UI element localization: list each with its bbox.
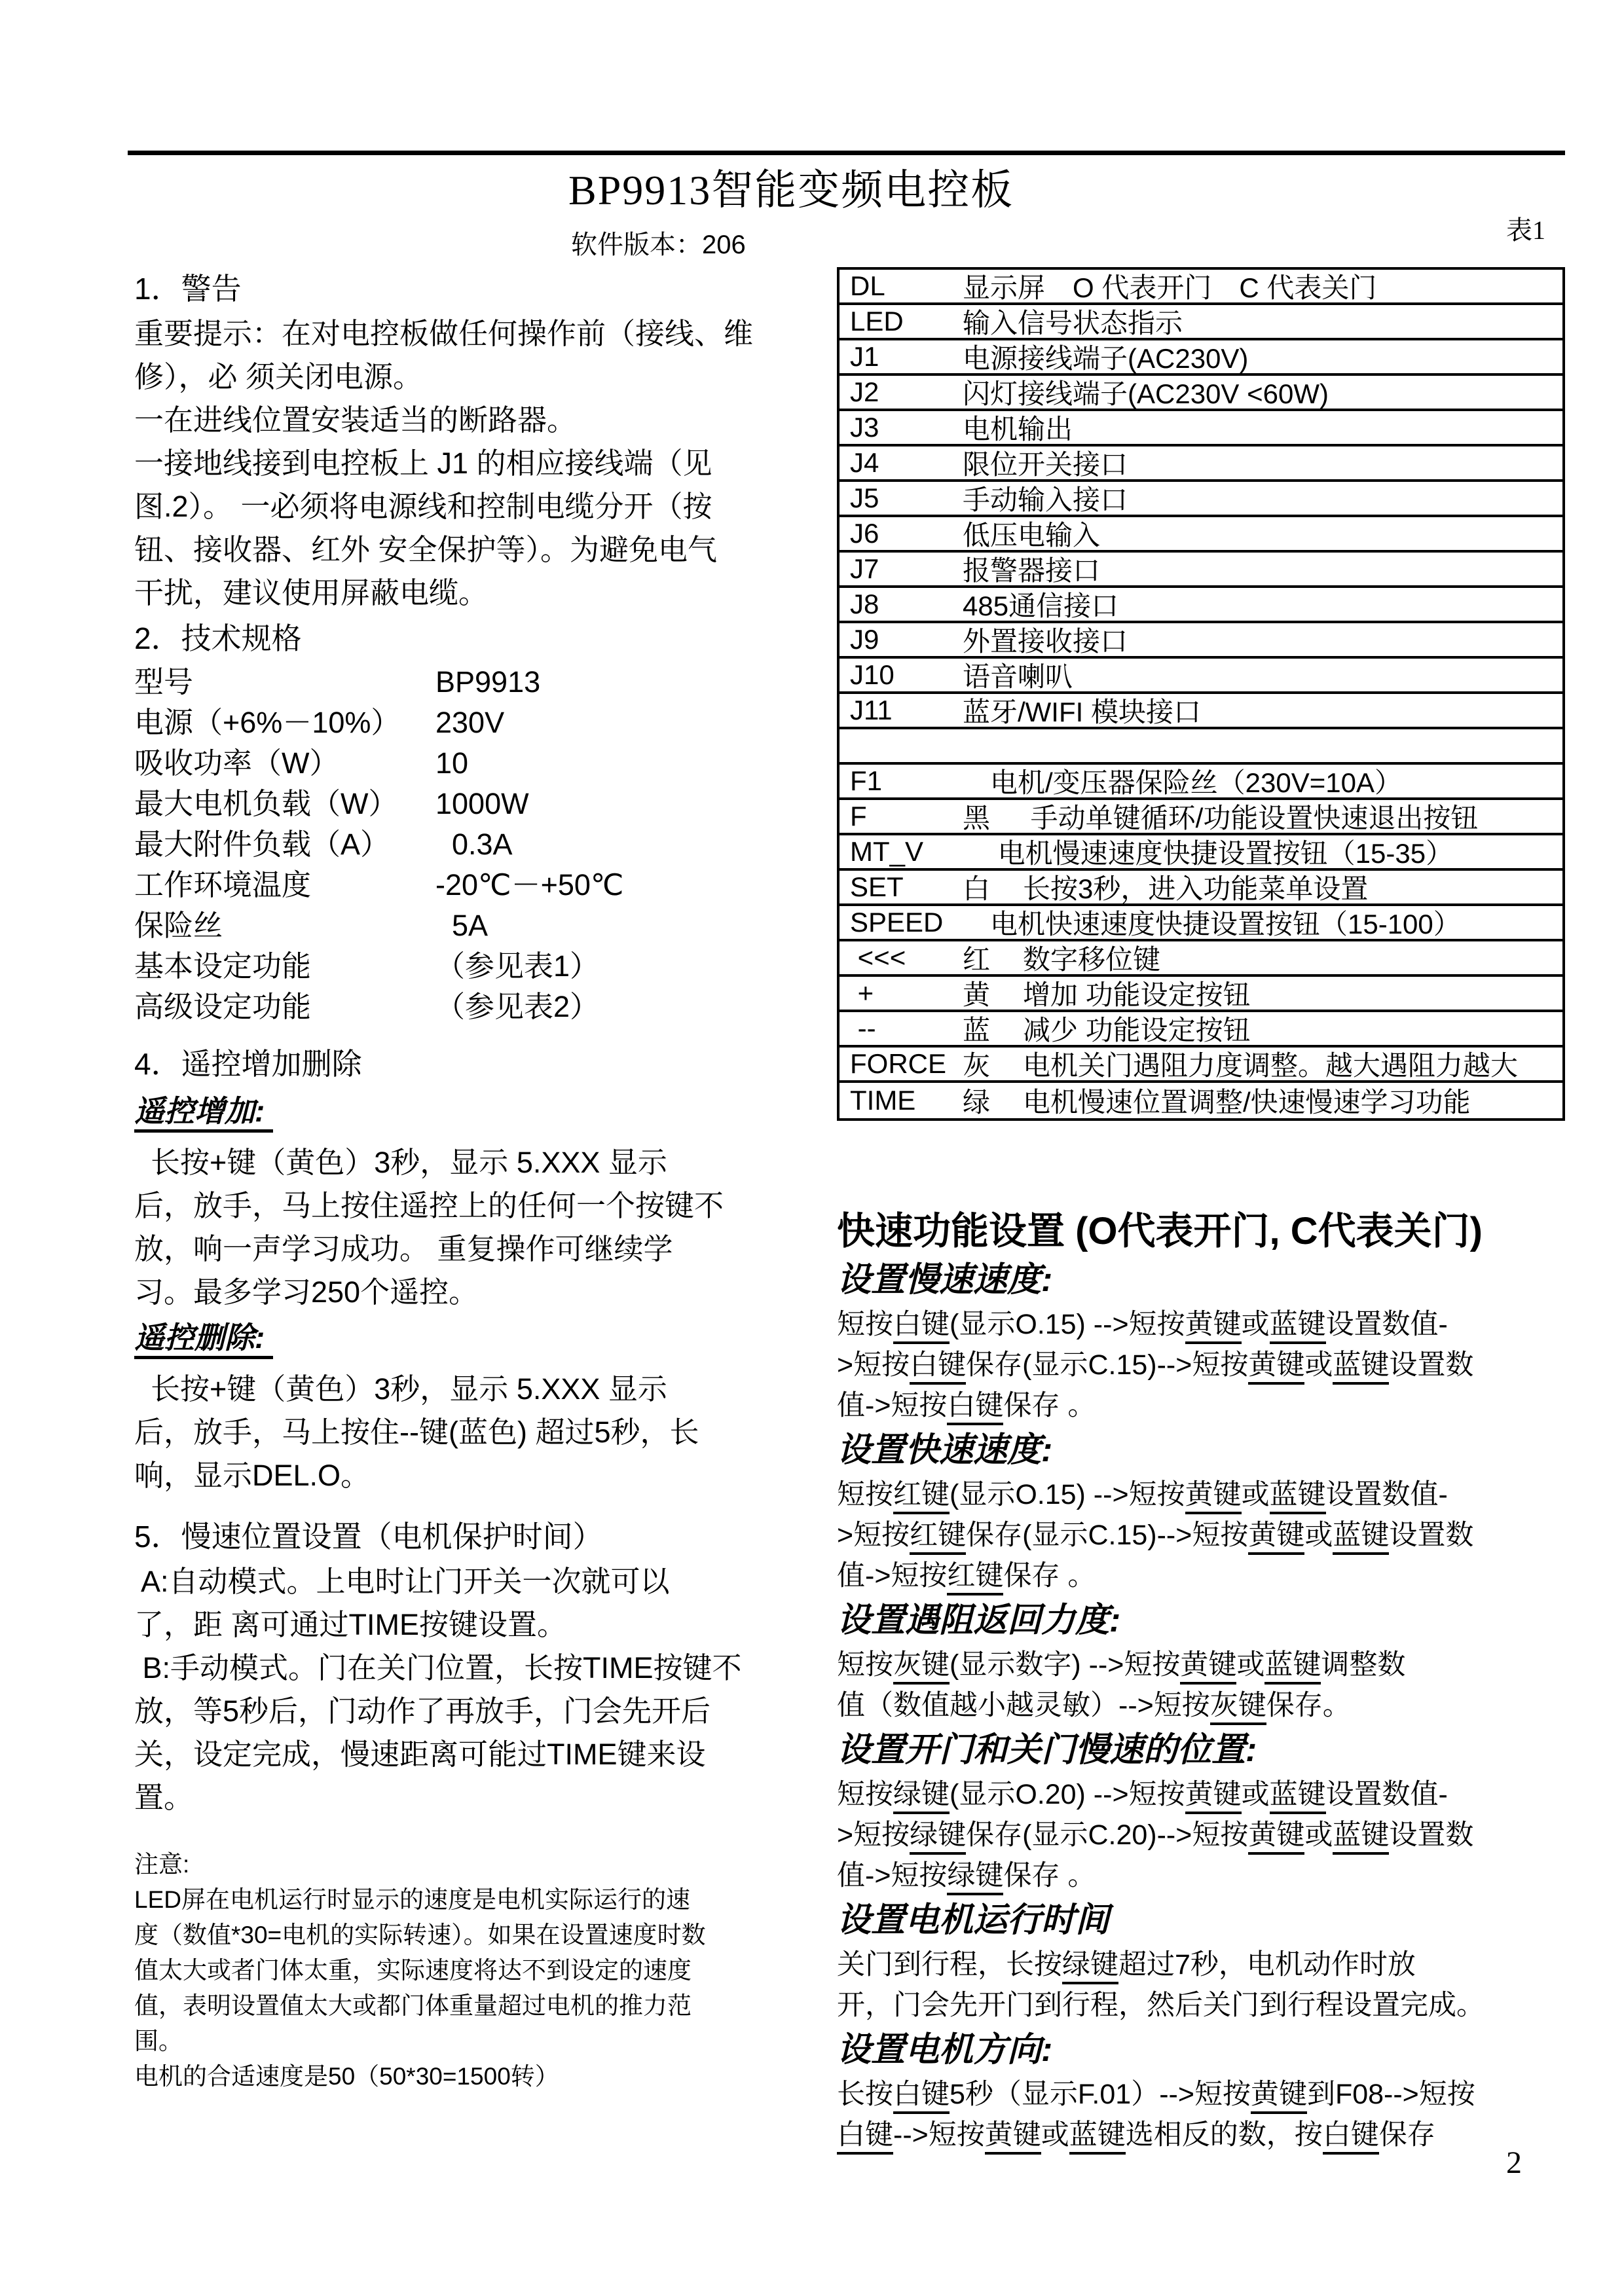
table-row-label: F (840, 801, 963, 832)
table-row-label: J11 (840, 695, 963, 726)
key-name-underlined: 蓝键 (1333, 1819, 1389, 1855)
key-name-underlined: 绿键 (1062, 1949, 1118, 1984)
spec-label: 电源（+6%－10%） (134, 702, 435, 743)
spec-row: 基本设定功能（参见表1） (134, 946, 797, 987)
key-name-underlined: 白键 (893, 1309, 950, 1344)
text-segment: -->短按 (893, 2119, 985, 2151)
text-line: 值->短按绿键保存 。 (837, 1855, 1565, 1896)
right-column: DL显示屏 O 代表开门 C 代表关门LED输入信号状态指示J1电源接线端子(A… (837, 267, 1565, 2155)
text-segment: (显示数字) -->短按 (950, 1649, 1180, 1681)
table-row-label: FORCE (840, 1048, 963, 1080)
text-line: LED屏在电机运行时显示的速度是电机实际运行的速 (134, 1882, 797, 1918)
table-row-color: 红 (963, 938, 1023, 977)
table-row-label: SET (840, 871, 963, 903)
text-segment: 习。最多学习250个遥控。 (134, 1275, 478, 1309)
text-segment: 设置数值- (1326, 1309, 1448, 1340)
text-segment: 或 (1242, 1309, 1270, 1340)
table-row-desc: 电机慢速位置调整/快速慢速学习功能 (1023, 1081, 1562, 1120)
text-segment: 放，响一声学习成功。 重复操作可继续学 (134, 1232, 673, 1266)
table-row-desc: 长按3秒，进入功能菜单设置 (1023, 867, 1562, 907)
quick-section: 设置电机运行时间关门到行程，长按绿键超过7秒，电机动作时放开，门会先开门到行程，… (837, 1896, 1565, 2026)
text-segment: 短按 (837, 1649, 893, 1681)
remote-delete-subheading: 遥控删除: (134, 1315, 797, 1368)
table-row: SPEED 电机快速速度快捷设置按钮（15-100） (840, 906, 1562, 941)
table-row-color: 蓝 (963, 1009, 1023, 1048)
software-version: 软件版本：206 (571, 230, 746, 259)
text-segment: 设置数 (1389, 1520, 1473, 1551)
spec-row: 最大附件负载（A） 0.3A (134, 824, 797, 865)
text-segment: 设置数值- (1326, 1479, 1448, 1510)
text-line: 值->短按红键保存 。 (837, 1556, 1565, 1596)
text-segment: 一在进线位置安装适当的断路器。 (134, 403, 576, 437)
text-line: 习。最多学习250个遥控。 (134, 1271, 797, 1314)
table-row: --蓝减少 功能设定按钮 (840, 1012, 1562, 1048)
text-line: 短按红键(显示O.15) -->短按黄键或蓝键设置数值- (837, 1474, 1565, 1515)
table-row: J11蓝牙/WIFI 模块接口 (840, 694, 1562, 729)
text-segment: 5秒（显示F.01）-->短按 (950, 2079, 1251, 2110)
key-name-underlined: 绿键 (893, 1779, 950, 1814)
text-segment: 放，等5秒后，门动作了再放手，门会先开后 (134, 1694, 710, 1728)
text-segment: 重要提示：在对电控板做任何操作前（接线、维 (134, 317, 753, 350)
table-row-label: J4 (840, 447, 963, 479)
text-line: 长按白键5秒（显示F.01）-->短按黄键到F08-->短按 (837, 2074, 1565, 2115)
key-name-underlined: 白键 (947, 1390, 1003, 1425)
text-segment: 值，表明设置值太大或都门体重量超过电机的推力范 (134, 1992, 692, 2019)
warning-heading: 1．警告 (134, 265, 797, 312)
table-row-label: <<< (840, 942, 963, 974)
text-line: 图.2）。 一必须将电源线和控制电缆分开（按 (134, 485, 797, 528)
text-segment: 或 (1236, 1649, 1264, 1681)
table-row-label: J9 (840, 624, 963, 655)
table-row-color: 黑 (963, 797, 1023, 836)
text-segment: 或 (1041, 2119, 1069, 2151)
key-name-underlined: 绿键 (947, 1860, 1003, 1895)
key-name-underlined: 绿键 (910, 1819, 966, 1855)
quick-section-title: 设置电机运行时间 (837, 1896, 1565, 1944)
table-row-desc: 电机关门遇阻力度调整。越大遇阻力越大 (1023, 1044, 1562, 1084)
table-row-label: -- (840, 1013, 963, 1044)
key-name-underlined: 蓝键 (1069, 2119, 1126, 2155)
text-segment: 干扰，建议使用屏蔽电缆。 (134, 576, 488, 610)
quick-settings-heading: 快速功能设置 (O代表开门, C代表关门) (837, 1207, 1565, 1256)
key-name-underlined: 黄键 (1180, 1649, 1236, 1685)
top-rule (128, 151, 1565, 155)
table-row-label: J6 (840, 518, 963, 549)
text-line: 电机的合适速度是50（50*30=1500转） (134, 2059, 797, 2094)
text-segment: 到F08-->短按 (1307, 2079, 1475, 2110)
table-row-label: SPEED (840, 907, 963, 938)
text-segment: (显示O.20) -->短按 (950, 1779, 1185, 1810)
text-segment: 保存 。 (1003, 1390, 1096, 1421)
text-segment: A:自动模式。上电时让门开关一次就可以 (134, 1565, 670, 1598)
table-row-label: J3 (840, 412, 963, 443)
key-name-underlined: 白键 (1323, 2119, 1379, 2155)
text-segment: 图.2）。 一必须将电源线和控制电缆分开（按 (134, 490, 712, 523)
text-segment: 保存 。 (1003, 1560, 1096, 1592)
table-row: J7报警器接口 (840, 553, 1562, 588)
table-row: LED输入信号状态指示 (840, 305, 1562, 340)
text-line: >短按绿键保存(显示C.20)-->短按黄键或蓝键设置数 (837, 1815, 1565, 1855)
key-name-underlined: 黄键 (1251, 2079, 1307, 2114)
table-row: F1 电机/变压器保险丝（230V=10A） (840, 765, 1562, 800)
table-row-label: J7 (840, 553, 963, 585)
text-segment: 调整数 (1321, 1649, 1405, 1681)
key-name-underlined: 黄键 (1185, 1309, 1242, 1344)
table-row-color: 黄 (963, 974, 1023, 1013)
text-segment: 置。 (134, 1781, 193, 1814)
text-segment: 保存(显示C.15)-->短按 (966, 1520, 1248, 1551)
key-name-underlined: 蓝键 (1270, 1479, 1326, 1514)
table-row-desc: 低压电输入 (963, 514, 1562, 553)
table-row-desc: 减少 功能设定按钮 (1023, 1009, 1562, 1048)
spec-label: 吸收功率（W） (134, 743, 435, 784)
text-line: >短按红键保存(显示C.15)-->短按黄键或蓝键设置数 (837, 1515, 1565, 1556)
left-column: 1．警告 重要提示：在对电控板做任何操作前（接线、维修），必 须关闭电源。一在进… (134, 265, 797, 2094)
table-row: J9外置接收接口 (840, 623, 1562, 659)
table-row: TIME绿电机慢速位置调整/快速慢速学习功能 (840, 1083, 1562, 1118)
spec-value: -20℃－+50℃ (435, 865, 797, 905)
table-row-desc: 增加 功能设定按钮 (1023, 974, 1562, 1013)
text-line: 值->短按白键保存 。 (837, 1385, 1565, 1426)
quick-settings-sections: 设置慢速速度:短按白键(显示O.15) -->短按黄键或蓝键设置数值->短按白键… (837, 1256, 1565, 2155)
text-segment: 长按 (837, 2079, 893, 2110)
table-row-desc: 闪灯接线端子(AC230V <60W) (963, 373, 1562, 412)
text-segment: 设置数值- (1326, 1779, 1448, 1810)
text-segment: 短按 (837, 1309, 893, 1340)
spec-value: 0.3A (435, 824, 797, 865)
table-row-desc: 语音喇叭 (963, 655, 1562, 695)
table-row-desc: 电机输出 (963, 408, 1562, 447)
spec-label: 最大附件负载（A） (134, 824, 435, 865)
spec-row: 电源（+6%－10%）230V (134, 702, 797, 743)
table1: DL显示屏 O 代表开门 C 代表关门LED输入信号状态指示J1电源接线端子(A… (837, 267, 1565, 1121)
text-line: 度（数值*30=电机的实际转速）。如果在设置速度时数 (134, 1918, 797, 1953)
table-row: J8485通信接口 (840, 588, 1562, 623)
table-row: J1电源接线端子(AC230V) (840, 340, 1562, 376)
page-number: 2 (1506, 2146, 1522, 2180)
spec-label: 工作环境温度 (134, 865, 435, 905)
table-row: J10语音喇叭 (840, 659, 1562, 694)
text-line: B:手动模式。门在关门位置，长按TIME按键不 (134, 1647, 797, 1690)
text-segment: 保存(显示C.15)-->短按 (966, 1349, 1248, 1381)
table-row-desc: 外置接收接口 (963, 620, 1562, 659)
text-line: 关，设定完成，慢速距离可能过TIME键来设 (134, 1733, 797, 1776)
table-row-label: LED (840, 306, 963, 337)
spec-label: 最大电机负载（W） (134, 784, 435, 824)
key-name-underlined: 红键 (947, 1560, 1003, 1595)
table-row: SET白长按3秒，进入功能菜单设置 (840, 871, 1562, 906)
text-line: 长按+键（黄色）3秒，显示 5.XXX 显示 (134, 1368, 797, 1411)
text-line: 白键-->短按黄键或蓝键选相反的数，按白键保存 (837, 2115, 1565, 2155)
spec-label: 型号 (134, 662, 435, 702)
text-segment: 关门到行程，长按 (837, 1949, 1062, 1980)
table-row: J3电机输出 (840, 411, 1562, 446)
table-row-desc: 手动输入接口 (963, 479, 1562, 518)
text-segment: 后，放手，马上按住--键(蓝色) 超过5秒，长 (134, 1415, 699, 1449)
table-row-label: MT_V (840, 836, 963, 867)
text-segment: 电机的合适速度是50（50*30=1500转） (134, 2063, 559, 2090)
key-name-underlined: 蓝键 (1264, 1649, 1321, 1685)
table-row: DL显示屏 O 代表开门 C 代表关门 (840, 270, 1562, 305)
text-segment: 或 (1242, 1779, 1270, 1810)
warning-body: 重要提示：在对电控板做任何操作前（接线、维修），必 须关闭电源。一在进线位置安装… (134, 312, 797, 615)
table-row: J4限位开关接口 (840, 446, 1562, 482)
text-segment: 钮、接收器、红外 安全保护等）。为避免电气 (134, 533, 717, 566)
table-row-label: J2 (840, 376, 963, 408)
text-line: 后，放手，马上按住遥控上的任何一个按键不 (134, 1184, 797, 1228)
table-row-desc: 显示屏 O 代表开门 C 代表关门 (963, 266, 1562, 306)
text-segment: 值->短按 (837, 1860, 947, 1891)
table-row-label: J10 (840, 659, 963, 691)
remote-add-subheading-text: 遥控增加: (134, 1094, 273, 1133)
key-name-underlined: 红键 (893, 1479, 950, 1514)
text-segment: 围。 (134, 2028, 183, 2054)
text-segment: 短按 (837, 1779, 893, 1810)
table-row: MT_V 电机慢速速度快捷设置按钮（15-35） (840, 835, 1562, 871)
text-line: 长按+键（黄色）3秒，显示 5.XXX 显示 (134, 1141, 797, 1184)
text-line: A:自动模式。上电时让门开关一次就可以 (134, 1560, 797, 1603)
spec-label: 基本设定功能 (134, 946, 435, 987)
spec-value: 230V (435, 702, 797, 743)
quick-section: 设置遇阻返回力度:短按灰键(显示数字) -->短按黄键或蓝键调整数值（数值越小越… (837, 1596, 1565, 1726)
table-row-desc: 报警器接口 (963, 549, 1562, 589)
text-line: 响，显示DEL.O。 (134, 1454, 797, 1497)
key-name-underlined: 白键 (910, 1349, 966, 1385)
text-segment: 响，显示DEL.O。 (134, 1459, 370, 1492)
table-row: J2闪灯接线端子(AC230V <60W) (840, 376, 1562, 411)
spec-row: 最大电机负载（W）1000W (134, 784, 797, 824)
quick-section-title: 设置快速速度: (837, 1426, 1565, 1474)
text-segment: 保存。 (1266, 1690, 1351, 1721)
table-row-desc: 限位开关接口 (963, 443, 1562, 483)
table-row-desc: 电机慢速速度快捷设置按钮（15-35） (963, 832, 1562, 871)
text-segment: 关，设定完成，慢速距离可能过TIME键来设 (134, 1738, 706, 1771)
text-segment: B:手动模式。门在关门位置，长按TIME按键不 (134, 1651, 742, 1685)
key-name-underlined: 白键 (837, 2119, 893, 2155)
table-row (840, 729, 1562, 765)
text-segment: 选相反的数，按 (1126, 2119, 1323, 2151)
key-name-underlined: 黄键 (1248, 1349, 1304, 1385)
spec-row: 型号BP9913 (134, 662, 797, 702)
text-segment: >短按 (837, 1349, 910, 1381)
spec-row: 保险丝 5A (134, 905, 797, 946)
key-name-underlined: 黄键 (1248, 1819, 1304, 1855)
table1-label: 表1 (1506, 216, 1545, 245)
text-segment: 值->短按 (837, 1390, 947, 1421)
spec-value: 10 (435, 743, 797, 784)
text-segment: 设置数 (1389, 1819, 1473, 1851)
table-row-color: 白 (963, 867, 1023, 907)
remote-delete-subheading-text: 遥控删除: (134, 1321, 273, 1359)
text-segment: 短按 (837, 1479, 893, 1510)
text-segment: (显示O.15) -->短按 (950, 1479, 1185, 1510)
quick-section-title: 设置开门和关门慢速的位置: (837, 1726, 1565, 1774)
table-row-color: 绿 (963, 1081, 1023, 1120)
remote-add-subheading: 遥控增加: (134, 1089, 797, 1141)
text-segment: >短按 (837, 1819, 910, 1851)
spec-row: 工作环境温度-20℃－+50℃ (134, 865, 797, 905)
text-segment: 开，门会先开门到行程，然后关门到行程设置完成。 (837, 1990, 1485, 2021)
text-line: 置。 (134, 1776, 797, 1819)
quick-section: 设置电机方向:长按白键5秒（显示F.01）-->短按黄键到F08-->短按白键-… (837, 2026, 1565, 2155)
spec-value: （参见表1） (435, 946, 797, 987)
spec-list: 型号BP9913电源（+6%－10%）230V吸收功率（W）10最大电机负载（W… (134, 662, 797, 1027)
text-segment: >短按 (837, 1520, 910, 1551)
table-row-label: J8 (840, 589, 963, 620)
table-row: +黄增加 功能设定按钮 (840, 977, 1562, 1012)
text-segment: 设置数 (1389, 1349, 1473, 1381)
note-heading: 注意: (134, 1847, 797, 1882)
note-body: LED屏在电机运行时显示的速度是电机实际运行的速度（数值*30=电机的实际转速）… (134, 1882, 797, 2094)
text-segment: LED屏在电机运行时显示的速度是电机实际运行的速 (134, 1886, 690, 1913)
remote-heading: 4．遥控增加删除 (134, 1040, 797, 1087)
text-line: 后，放手，马上按住--键(蓝色) 超过5秒，长 (134, 1411, 797, 1454)
text-segment: 修），必 须关闭电源。 (134, 360, 422, 393)
text-segment: 了，距 离可通过TIME按键设置。 (134, 1608, 566, 1641)
text-segment: (显示O.15) -->短按 (950, 1309, 1185, 1340)
text-line: 重要提示：在对电控板做任何操作前（接线、维 (134, 312, 797, 355)
text-line: 短按灰键(显示数字) -->短按黄键或蓝键调整数 (837, 1645, 1565, 1685)
text-segment: 或 (1304, 1349, 1333, 1381)
text-line: 关门到行程，长按绿键超过7秒，电机动作时放 (837, 1944, 1565, 1985)
key-name-underlined: 白键 (893, 2079, 950, 2114)
text-segment: 后，放手，马上按住遥控上的任何一个按键不 (134, 1189, 724, 1222)
table-row-label: J5 (840, 483, 963, 514)
table-row-desc: 485通信接口 (963, 585, 1562, 624)
table-row: FORCE灰电机关门遇阻力度调整。越大遇阻力越大 (840, 1048, 1562, 1083)
table-row-label: F1 (840, 765, 963, 797)
spec-value: BP9913 (435, 662, 797, 702)
text-line: 短按绿键(显示O.20) -->短按黄键或蓝键设置数值- (837, 1774, 1565, 1815)
text-segment: 值->短按 (837, 1560, 947, 1592)
remote-add-body: 长按+键（黄色）3秒，显示 5.XXX 显示后，放手，马上按住遥控上的任何一个按… (134, 1141, 797, 1314)
text-line: 围。 (134, 2024, 797, 2059)
table-row-label: J1 (840, 341, 963, 373)
table-row-label: + (840, 977, 963, 1009)
quick-section: 设置慢速速度:短按白键(显示O.15) -->短按黄键或蓝键设置数值->短按白键… (837, 1256, 1565, 1426)
key-name-underlined: 蓝键 (1270, 1779, 1326, 1814)
slow-position-heading: 5．慢速位置设置（电机保护时间） (134, 1513, 797, 1560)
table-row-desc: 数字移位键 (1023, 938, 1562, 977)
text-segment: 长按+键（黄色）3秒，显示 5.XXX 显示 (134, 1372, 667, 1406)
table-row-desc: 蓝牙/WIFI 模块接口 (963, 691, 1562, 730)
manual-page: BP9913智能变频电控板 软件版本：206 表1 1．警告 重要提示：在对电控… (0, 0, 1624, 2296)
remote-delete-body: 长按+键（黄色）3秒，显示 5.XXX 显示后，放手，马上按住--键(蓝色) 超… (134, 1368, 797, 1497)
text-segment: 保存 。 (1003, 1860, 1096, 1891)
key-name-underlined: 灰键 (1210, 1690, 1266, 1725)
slow-position-body: A:自动模式。上电时让门开关一次就可以了，距 离可通过TIME按键设置。 B:手… (134, 1560, 797, 1819)
text-line: 干扰，建议使用屏蔽电缆。 (134, 572, 797, 615)
key-name-underlined: 红键 (910, 1520, 966, 1555)
page-title: BP9913智能变频电控板 (568, 168, 1014, 213)
text-line: 了，距 离可通过TIME按键设置。 (134, 1603, 797, 1647)
key-name-underlined: 蓝键 (1333, 1349, 1389, 1385)
table-row: J5手动输入接口 (840, 482, 1562, 517)
text-segment: 或 (1304, 1819, 1333, 1851)
text-segment: 值（数值越小越灵敏）-->短按 (837, 1690, 1210, 1721)
text-line: 开，门会先开门到行程，然后关门到行程设置完成。 (837, 1985, 1565, 2026)
key-name-underlined: 蓝键 (1333, 1520, 1389, 1555)
text-segment: 超过7秒，电机动作时放 (1118, 1949, 1416, 1980)
table-row-desc: 手动单键循环/功能设置快速退出按钮 (1023, 797, 1562, 836)
quick-section-title: 设置遇阻返回力度: (837, 1596, 1565, 1645)
text-line: 值（数值越小越灵敏）-->短按灰键保存。 (837, 1685, 1565, 1726)
text-line: 一接地线接到电控板上 J1 的相应接线端（见 (134, 442, 797, 485)
quick-section: 设置快速速度:短按红键(显示O.15) -->短按黄键或蓝键设置数值->短按红键… (837, 1426, 1565, 1596)
spec-label: 高级设定功能 (134, 987, 435, 1027)
text-segment: 或 (1304, 1520, 1333, 1551)
table-row: J6低压电输入 (840, 517, 1562, 553)
key-name-underlined: 蓝键 (1270, 1309, 1326, 1344)
table-row: <<<红数字移位键 (840, 941, 1562, 977)
key-name-underlined: 黄键 (1185, 1479, 1242, 1514)
text-segment: 度（数值*30=电机的实际转速）。如果在设置速度时数 (134, 1922, 706, 1948)
table-row-color: 灰 (963, 1044, 1023, 1084)
text-line: 放，响一声学习成功。 重复操作可继续学 (134, 1228, 797, 1271)
text-line: 钮、接收器、红外 安全保护等）。为避免电气 (134, 528, 797, 572)
text-segment: 长按+键（黄色）3秒，显示 5.XXX 显示 (134, 1146, 667, 1179)
table-row-label: DL (840, 270, 963, 302)
table-row-desc: 电机快速速度快捷设置按钮（15-100） (963, 903, 1562, 942)
specs-heading: 2．技术规格 (134, 615, 797, 662)
spec-value: 1000W (435, 784, 797, 824)
quick-section: 设置开门和关门慢速的位置:短按绿键(显示O.20) -->短按黄键或蓝键设置数值… (837, 1726, 1565, 1896)
text-line: 值太大或者门体太重，实际速度将达不到设定的速度 (134, 1953, 797, 1988)
text-line: 短按白键(显示O.15) -->短按黄键或蓝键设置数值- (837, 1304, 1565, 1345)
spec-row: 高级设定功能（参见表2） (134, 987, 797, 1027)
table-row: F黑 手动单键循环/功能设置快速退出按钮 (840, 800, 1562, 835)
key-name-underlined: 黄键 (985, 2119, 1041, 2155)
key-name-underlined: 灰键 (893, 1649, 950, 1685)
text-segment: 保存 (1379, 2119, 1435, 2151)
key-name-underlined: 黄键 (1185, 1779, 1242, 1814)
spec-value: 5A (435, 905, 797, 946)
text-line: >短按白键保存(显示C.15)-->短按黄键或蓝键设置数 (837, 1345, 1565, 1385)
text-segment: 值太大或者门体太重，实际速度将达不到设定的速度 (134, 1957, 692, 1984)
spec-label: 保险丝 (134, 905, 435, 946)
quick-section-title: 设置慢速速度: (837, 1256, 1565, 1304)
text-line: 一在进线位置安装适当的断路器。 (134, 399, 797, 442)
table-row-desc: 电源接线端子(AC230V) (963, 337, 1562, 376)
key-name-underlined: 黄键 (1248, 1520, 1304, 1555)
spec-row: 吸收功率（W）10 (134, 743, 797, 784)
text-segment: 保存(显示C.20)-->短按 (966, 1819, 1248, 1851)
table-row-label: TIME (840, 1085, 963, 1116)
text-segment: 一接地线接到电控板上 J1 的相应接线端（见 (134, 446, 712, 480)
text-segment: 或 (1242, 1479, 1270, 1510)
text-line: 值，表明设置值太大或都门体重量超过电机的推力范 (134, 1988, 797, 2024)
quick-section-title: 设置电机方向: (837, 2026, 1565, 2074)
table-row-desc: 输入信号状态指示 (963, 302, 1562, 341)
text-line: 修），必 须关闭电源。 (134, 355, 797, 399)
table-row-desc: 电机/变压器保险丝（230V=10A） (963, 761, 1562, 801)
spec-value: （参见表2） (435, 987, 797, 1027)
text-line: 放，等5秒后，门动作了再放手，门会先开后 (134, 1690, 797, 1733)
